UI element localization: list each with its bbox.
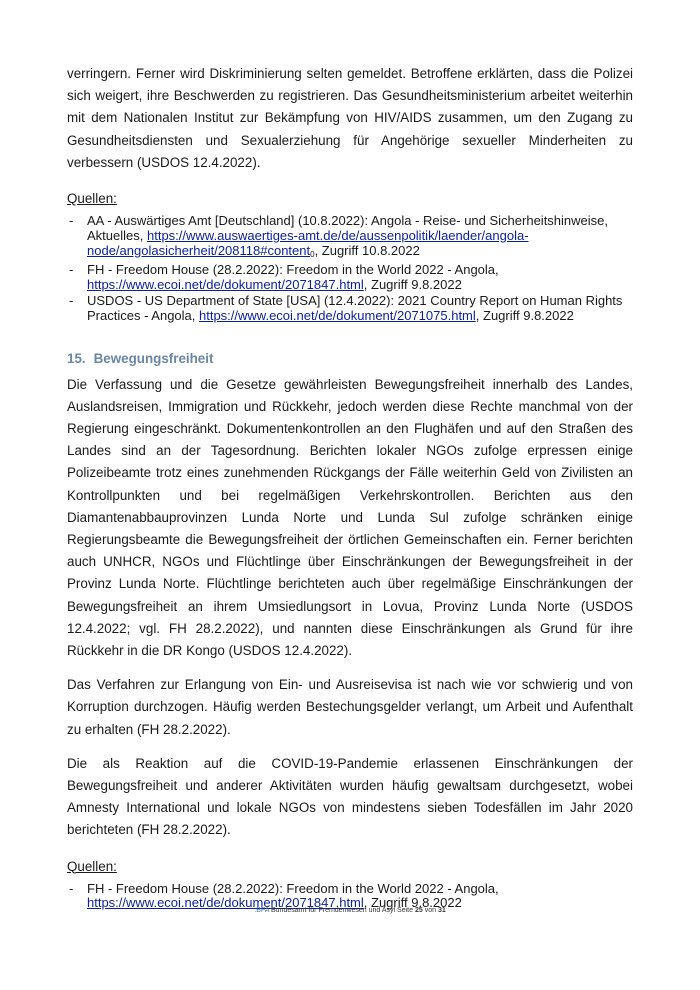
sources-list: - AA - Auswärtiges Amt [Deutschland] (10… (67, 214, 633, 324)
list-dash: - (69, 214, 73, 229)
source-access-date: , Zugriff 9.8.2022 (476, 308, 574, 323)
source-access-date: , Zugriff 10.8.2022 (315, 243, 420, 258)
bfa-logo: .BFA (254, 907, 269, 914)
list-dash: - (69, 294, 73, 309)
source-link[interactable]: https://www.ecoi.net/de/dokument/2071847… (87, 277, 364, 292)
body-paragraph: Die als Reaktion auf die COVID-19-Pandem… (67, 753, 633, 842)
list-dash: - (69, 263, 73, 278)
page-total: 31 (438, 907, 446, 914)
source-link[interactable]: https://www.auswaertiges-amt.de/de/ausse… (87, 228, 529, 258)
section-title: Bewegungsfreiheit (94, 351, 214, 366)
section-number: 15. (67, 351, 86, 366)
footer-org: Bundesamt für Fremdenwesen und Asyl Seit… (269, 907, 415, 914)
source-item: - AA - Auswärtiges Amt [Deutschland] (10… (67, 214, 633, 262)
body-paragraph: Das Verfahren zur Erlangung von Ein- und… (67, 674, 633, 741)
source-text: FH - Freedom House (28.2.2022): Freedom … (87, 881, 499, 896)
source-link[interactable]: https://www.ecoi.net/de/dokument/2071075… (199, 308, 476, 323)
sources-title: Quellen: (67, 858, 633, 876)
intro-paragraph: verringern. Ferner wird Diskriminierung … (67, 63, 633, 174)
page-number: 25 (415, 907, 423, 914)
source-item: - FH - Freedom House (28.2.2022): Freedo… (67, 263, 633, 293)
body-paragraph: Die Verfassung und die Gesetze gewährlei… (67, 374, 633, 663)
sources-title: Quellen: (67, 190, 633, 208)
source-item: - USDOS - US Department of State [USA] (… (67, 294, 633, 324)
document-page: verringern. Ferner wird Diskriminierung … (67, 63, 633, 912)
section-heading: 15.Bewegungsfreiheit (67, 350, 633, 368)
list-dash: - (69, 882, 73, 897)
page-footer: .BFA Bundesamt für Fremdenwesen und Asyl… (0, 907, 700, 914)
footer-of: von (423, 907, 438, 914)
source-access-date: , Zugriff 9.8.2022 (364, 277, 462, 292)
source-text: FH - Freedom House (28.2.2022): Freedom … (87, 262, 499, 277)
